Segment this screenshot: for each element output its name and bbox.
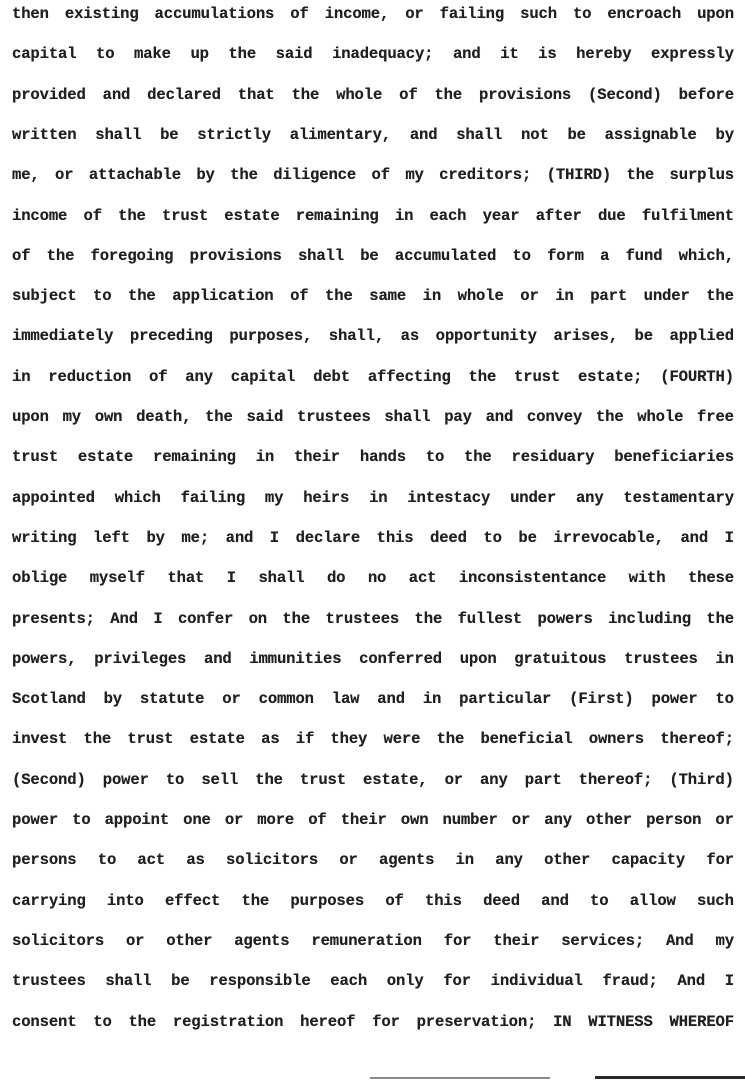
text-line: incomeofthetrustestateremainingineachyea… <box>12 204 734 228</box>
text-line: subjecttotheapplicationofthesameinwholeo… <box>12 284 734 308</box>
text-line: Scotlandbystatuteorcommonlawandinparticu… <box>12 687 734 711</box>
text-line: solicitorsorotheragentsremunerationforth… <box>12 929 734 953</box>
text-line: investthetrustestateasiftheywerethebenef… <box>12 727 734 751</box>
text-line: consenttotheregistrationhereofforpreserv… <box>12 1010 734 1034</box>
text-line: powers,privilegesandimmunitiesconferredu… <box>12 647 734 671</box>
signature-rule-right <box>595 1076 745 1079</box>
text-line: writtenshallbestrictlyalimentary,andshal… <box>12 123 734 147</box>
text-line: capitaltomakeupthesaidinadequacy;anditis… <box>12 42 734 66</box>
text-line: (Second)powertosellthetrustestate,oranyp… <box>12 768 734 792</box>
text-line: immediatelyprecedingpurposes,shall,asopp… <box>12 324 734 348</box>
text-line: inreductionofanycapitaldebtaffectingthet… <box>12 365 734 389</box>
text-line: appointedwhichfailingmyheirsinintestacyu… <box>12 486 734 510</box>
text-line: uponmyowndeath,thesaidtrusteesshallpayan… <box>12 405 734 429</box>
text-line: presents;AndIconferonthetrusteesthefulle… <box>12 607 734 631</box>
text-line: me,orattachablebythediligenceofmycredito… <box>12 163 734 187</box>
text-line: writingleftbyme;andIdeclarethisdeedtobei… <box>12 526 734 550</box>
text-line: thenexistingaccumulationsofincome,orfail… <box>12 2 734 26</box>
text-line: oftheforegoingprovisionsshallbeaccumulat… <box>12 244 734 268</box>
text-line: providedanddeclaredthatthewholeoftheprov… <box>12 83 734 107</box>
text-line: personstoactassolicitorsoragentsinanyoth… <box>12 848 734 872</box>
text-line: obligemyselfthatIshalldonoactinconsisten… <box>12 566 734 590</box>
text-line: trusteesshallberesponsibleeachonlyforind… <box>12 969 734 993</box>
text-line: carryingintoeffectthepurposesofthisdeeda… <box>12 889 734 913</box>
text-line: powertoappointoneormoreoftheirownnumbero… <box>12 808 734 832</box>
signature-rule-left <box>370 1077 550 1079</box>
text-line: trustestateremainingintheirhandstotheres… <box>12 445 734 469</box>
